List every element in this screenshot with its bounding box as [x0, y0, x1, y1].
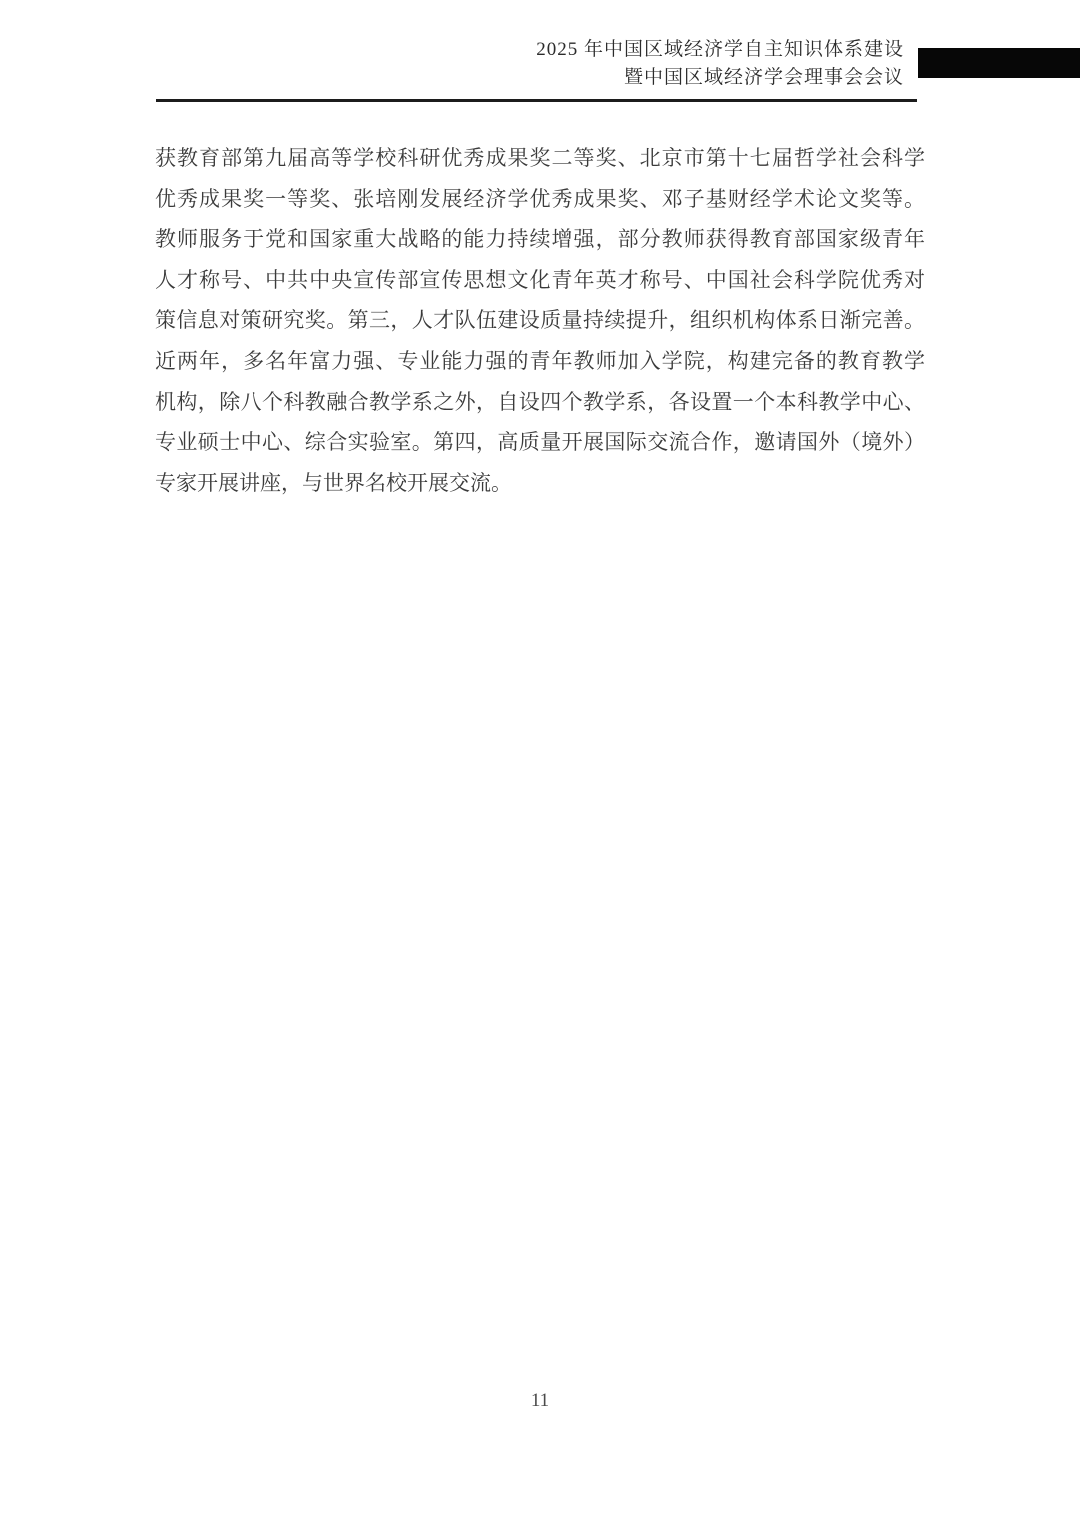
header-divider-rule: [156, 99, 917, 102]
page-number: 11: [0, 1390, 1080, 1412]
body-line: 近两年，多名年富力强、专业能力强的青年教师加入学院，构建完备的教育教学: [155, 341, 925, 382]
body-line: 获教育部第九届高等学校科研优秀成果奖二等奖、北京市第十七届哲学社会科学: [155, 138, 925, 179]
body-line: 专业硕士中心、综合实验室。第四，高质量开展国际交流合作，邀请国外（境外）: [155, 422, 925, 463]
body-line: 优秀成果奖一等奖、张培刚发展经济学优秀成果奖、邓子基财经学术论文奖等。: [155, 179, 925, 220]
document-page: 2025 年中国区域经济学自主知识体系建设 暨中国区域经济学会理事会会议 获教育…: [0, 0, 1080, 1527]
body-line: 策信息对策研究奖。第三，人才队伍建设质量持续提升，组织机构体系日渐完善。: [155, 300, 925, 341]
header-line-1: 2025 年中国区域经济学自主知识体系建设: [344, 36, 904, 64]
body-line: 人才称号、中共中央宣传部宣传思想文化青年英才称号、中国社会科学院优秀对: [155, 260, 925, 301]
body-line: 专家开展讲座，与世界名校开展交流。: [155, 463, 925, 504]
body-line: 机构，除八个科教融合教学系之外，自设四个教学系，各设置一个本科教学中心、: [155, 382, 925, 423]
header-line-2: 暨中国区域经济学会理事会会议: [344, 64, 904, 92]
page-header: 2025 年中国区域经济学自主知识体系建设 暨中国区域经济学会理事会会议: [344, 36, 904, 92]
body-paragraph: 获教育部第九届高等学校科研优秀成果奖二等奖、北京市第十七届哲学社会科学 优秀成果…: [155, 138, 925, 503]
body-line: 教师服务于党和国家重大战略的能力持续增强，部分教师获得教育部国家级青年: [155, 219, 925, 260]
redaction-bar: [918, 48, 1080, 78]
